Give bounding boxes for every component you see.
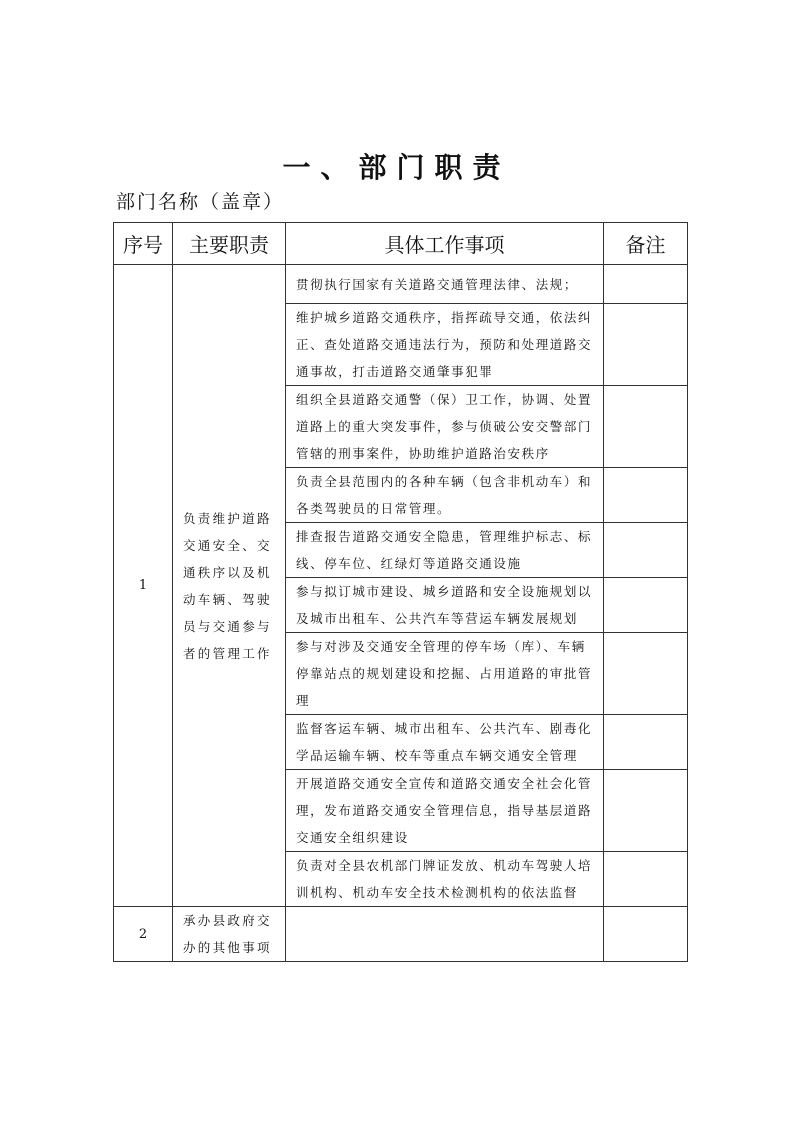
remarks-cell	[604, 907, 688, 962]
row-number: 2	[114, 907, 173, 962]
header-work-items: 具体工作事项	[286, 223, 604, 265]
work-item-cell: 贯彻执行国家有关道路交通管理法律、法规；	[286, 265, 604, 304]
main-duty-cell: 承办县政府交办的其他事项	[173, 907, 286, 962]
work-item-cell: 组织全县道路交通警（保）卫工作，协调、处置道路上的重大突发事件，参与侦破公安交警…	[286, 386, 604, 468]
work-item-cell: 参与拟订城市建设、城乡道路和安全设施规划以及城市出租车、公共汽车等营运车辆发展规…	[286, 578, 604, 633]
work-item-cell: 参与对涉及交通安全管理的停车场（库）、车辆停靠站点的规划建设和挖掘、占用道路的审…	[286, 633, 604, 715]
remarks-cell	[604, 386, 688, 468]
work-item-cell: 监督客运车辆、城市出租车、公共汽车、剧毒化学品运输车辆、校车等重点车辆交通安全管…	[286, 715, 604, 770]
work-item-cell	[286, 907, 604, 962]
work-item-cell: 负责全县范围内的各种车辆（包含非机动车）和各类驾驶员的日常管理。	[286, 468, 604, 523]
work-item-cell: 维护城乡道路交通秩序，指挥疏导交通，依法纠正、查处道路交通违法行为，预防和处理道…	[286, 304, 604, 386]
remarks-cell	[604, 770, 688, 852]
work-item-cell: 开展道路交通安全宣传和道路交通安全社会化管理，发布道路交通安全管理信息，指导基层…	[286, 770, 604, 852]
table-header-row: 序号 主要职责 具体工作事项 备注	[114, 223, 688, 265]
main-duty-cell: 负责维护道路交通安全、交通秩序以及机动车辆、驾驶员与交通参与者的管理工作	[173, 265, 286, 907]
header-number: 序号	[114, 223, 173, 265]
table-row: 2 承办县政府交办的其他事项	[114, 907, 688, 962]
remarks-cell	[604, 715, 688, 770]
remarks-cell	[604, 578, 688, 633]
department-name-label: 部门名称（盖章）	[116, 187, 284, 214]
header-remarks: 备注	[604, 223, 688, 265]
remarks-cell	[604, 633, 688, 715]
remarks-cell	[604, 265, 688, 304]
remarks-cell	[604, 523, 688, 578]
header-main-duty: 主要职责	[173, 223, 286, 265]
page-title: 一、部门职责	[0, 146, 793, 186]
remarks-cell	[604, 468, 688, 523]
table-row: 1 负责维护道路交通安全、交通秩序以及机动车辆、驾驶员与交通参与者的管理工作 贯…	[114, 265, 688, 304]
work-item-cell: 负责对全县农机部门牌证发放、机动车驾驶人培训机构、机动车安全技术检测机构的依法监…	[286, 852, 604, 907]
remarks-cell	[604, 304, 688, 386]
duties-table: 序号 主要职责 具体工作事项 备注 1 负责维护道路交通安全、交通秩序以及机动车…	[113, 222, 688, 962]
remarks-cell	[604, 852, 688, 907]
row-number: 1	[114, 265, 173, 907]
work-item-cell: 排查报告道路交通安全隐患，管理维护标志、标线、停车位、红绿灯等道路交通设施	[286, 523, 604, 578]
